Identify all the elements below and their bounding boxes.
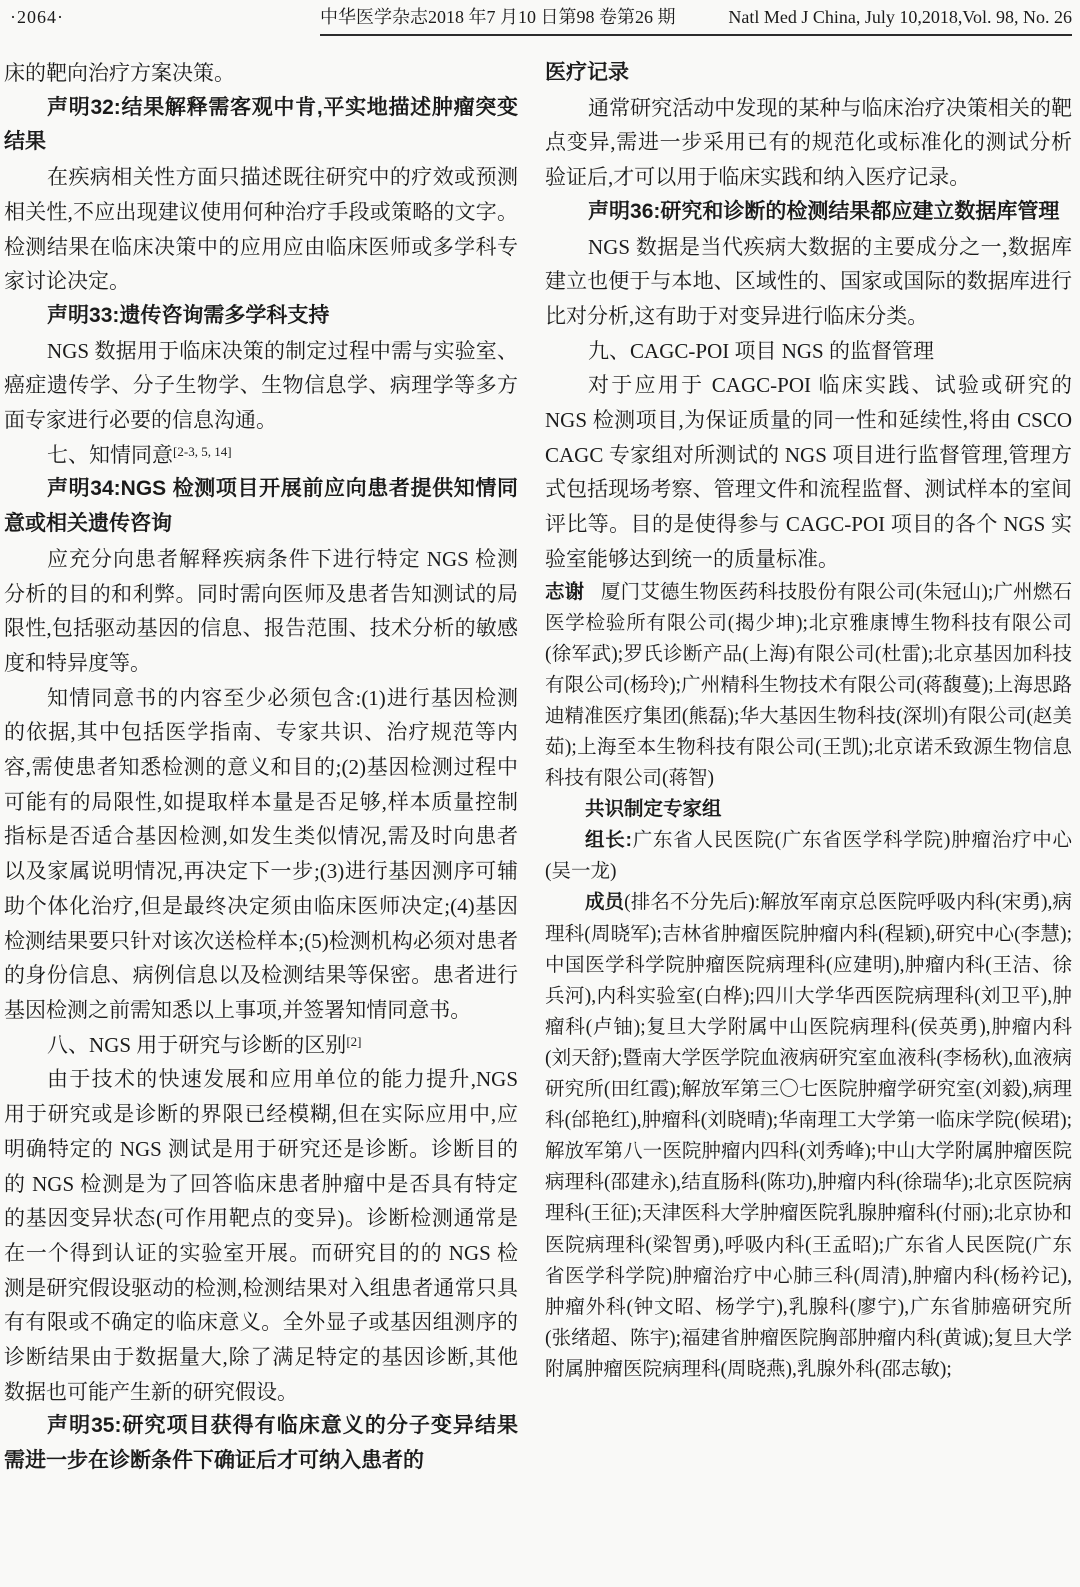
members-text: (排名不分先后):解放军南京总医院呼吸内科(宋勇),病理科(周晓军);吉林省肿瘤… <box>545 892 1072 1379</box>
statement-34-body-1: 应充分向患者解释疾病条件下进行特定 NGS 检测分析的目的和利弊。同时需向医师及… <box>4 542 518 681</box>
leader-label: 组长: <box>585 829 632 851</box>
statement-32-heading: 声明32:结果解释需客观中肯,平实地描述肿瘤突变结果 <box>4 91 518 160</box>
expert-group-members: 成员(排名不分先后):解放军南京总医院呼吸内科(宋勇),病理科(周晓军);吉林省… <box>545 887 1072 1385</box>
statement-36-heading: 声明36:研究和诊断的检测结果都应建立数据库管理 <box>545 195 1072 230</box>
journal-page: ·2064· 中华医学杂志2018 年7 月10 日第98 卷第26 期 Nat… <box>0 0 1080 1587</box>
statement-35-body: 通常研究活动中发现的某种与临床治疗决策相关的靶点变异,需进一步采用已有的规范化或… <box>545 91 1072 195</box>
statement-35-heading: 声明35:研究项目获得有临床意义的分子变异结果需进一步在诊断条件下确证后才可纳入… <box>4 1409 518 1478</box>
section-8-title: 八、NGS 用于研究与诊断的区别 <box>47 1033 346 1057</box>
statement-33-heading: 声明33:遗传咨询需多学科支持 <box>4 299 518 334</box>
statement-32-body: 在疾病相关性方面只描述既往研究中的疗效或预测相关性,不应出现建议使用何种治疗手段… <box>4 160 518 299</box>
two-column-text: 床的靶向治疗方案决策。 声明32:结果解释需客观中肯,平实地描述肿瘤突变结果 在… <box>4 56 1072 1479</box>
statement-34-body-2: 知情同意书的内容至少必须包含:(1)进行基因检测的依据,其中包括医学指南、专家共… <box>4 681 518 1028</box>
acknowledgement-text: 厦门艾德生物医药科技股份有限公司(朱冠山);广州燃石医学检验所有限公司(揭少坤)… <box>545 582 1072 790</box>
statement-33-body: NGS 数据用于临床决策的制定过程中需与实验室、癌症遗传学、分子生物学、生物信息… <box>4 334 518 438</box>
journal-title-en: Natl Med J China, July 10,2018,Vol. 98, … <box>728 6 1072 28</box>
section-7-heading: 七、知情同意[2-3, 5, 14] <box>4 438 518 473</box>
left-column: 床的靶向治疗方案决策。 声明32:结果解释需客观中肯,平实地描述肿瘤突变结果 在… <box>4 56 518 1479</box>
reference-superscript: [2-3, 5, 14] <box>173 444 232 459</box>
section-8-heading: 八、NGS 用于研究与诊断的区别[2] <box>4 1028 518 1063</box>
right-column: 医疗记录 通常研究活动中发现的某种与临床治疗决策相关的靶点变异,需进一步采用已有… <box>545 56 1072 1479</box>
statement-36-body: NGS 数据是当代疾病大数据的主要成分之一,数据库建立也便于与本地、区域性的、国… <box>545 230 1072 334</box>
statement-34-heading: 声明34:NGS 检测项目开展前应向患者提供知情同意或相关遗传咨询 <box>4 472 518 541</box>
paragraph-continuation: 床的靶向治疗方案决策。 <box>4 56 518 91</box>
section-9-body: 对于应用于 CAGC-POI 临床实践、试验或研究的 NGS 检测项目,为保证质… <box>545 368 1072 576</box>
reference-superscript: [2] <box>346 1034 361 1049</box>
section-9-heading: 九、CAGC-POI 项目 NGS 的监督管理 <box>545 334 1072 369</box>
expert-group-leader: 组长:广东省人民医院(广东省医学科学院)肿瘤治疗中心(吴一龙) <box>545 825 1072 887</box>
journal-title-cn: 中华医学杂志2018 年7 月10 日第98 卷第26 期 <box>320 6 676 28</box>
journal-masthead: 中华医学杂志2018 年7 月10 日第98 卷第26 期 Natl Med J… <box>320 6 1072 36</box>
members-label: 成员 <box>585 891 624 913</box>
acknowledgement-label: 志谢 <box>545 581 584 603</box>
statement-35-heading-continuation: 医疗记录 <box>545 56 1072 91</box>
expert-group-title: 共识制定专家组 <box>545 794 1072 825</box>
page-number: ·2064· <box>10 6 64 28</box>
acknowledgement: 志谢厦门艾德生物医药科技股份有限公司(朱冠山);广州燃石医学检验所有限公司(揭少… <box>545 577 1072 795</box>
page-header: ·2064· 中华医学杂志2018 年7 月10 日第98 卷第26 期 Nat… <box>10 6 1072 36</box>
section-8-body: 由于技术的快速发展和应用单位的能力提升,NGS 用于研究或是诊断的界限已经模糊,… <box>4 1062 518 1409</box>
section-7-title: 七、知情同意 <box>47 443 173 467</box>
